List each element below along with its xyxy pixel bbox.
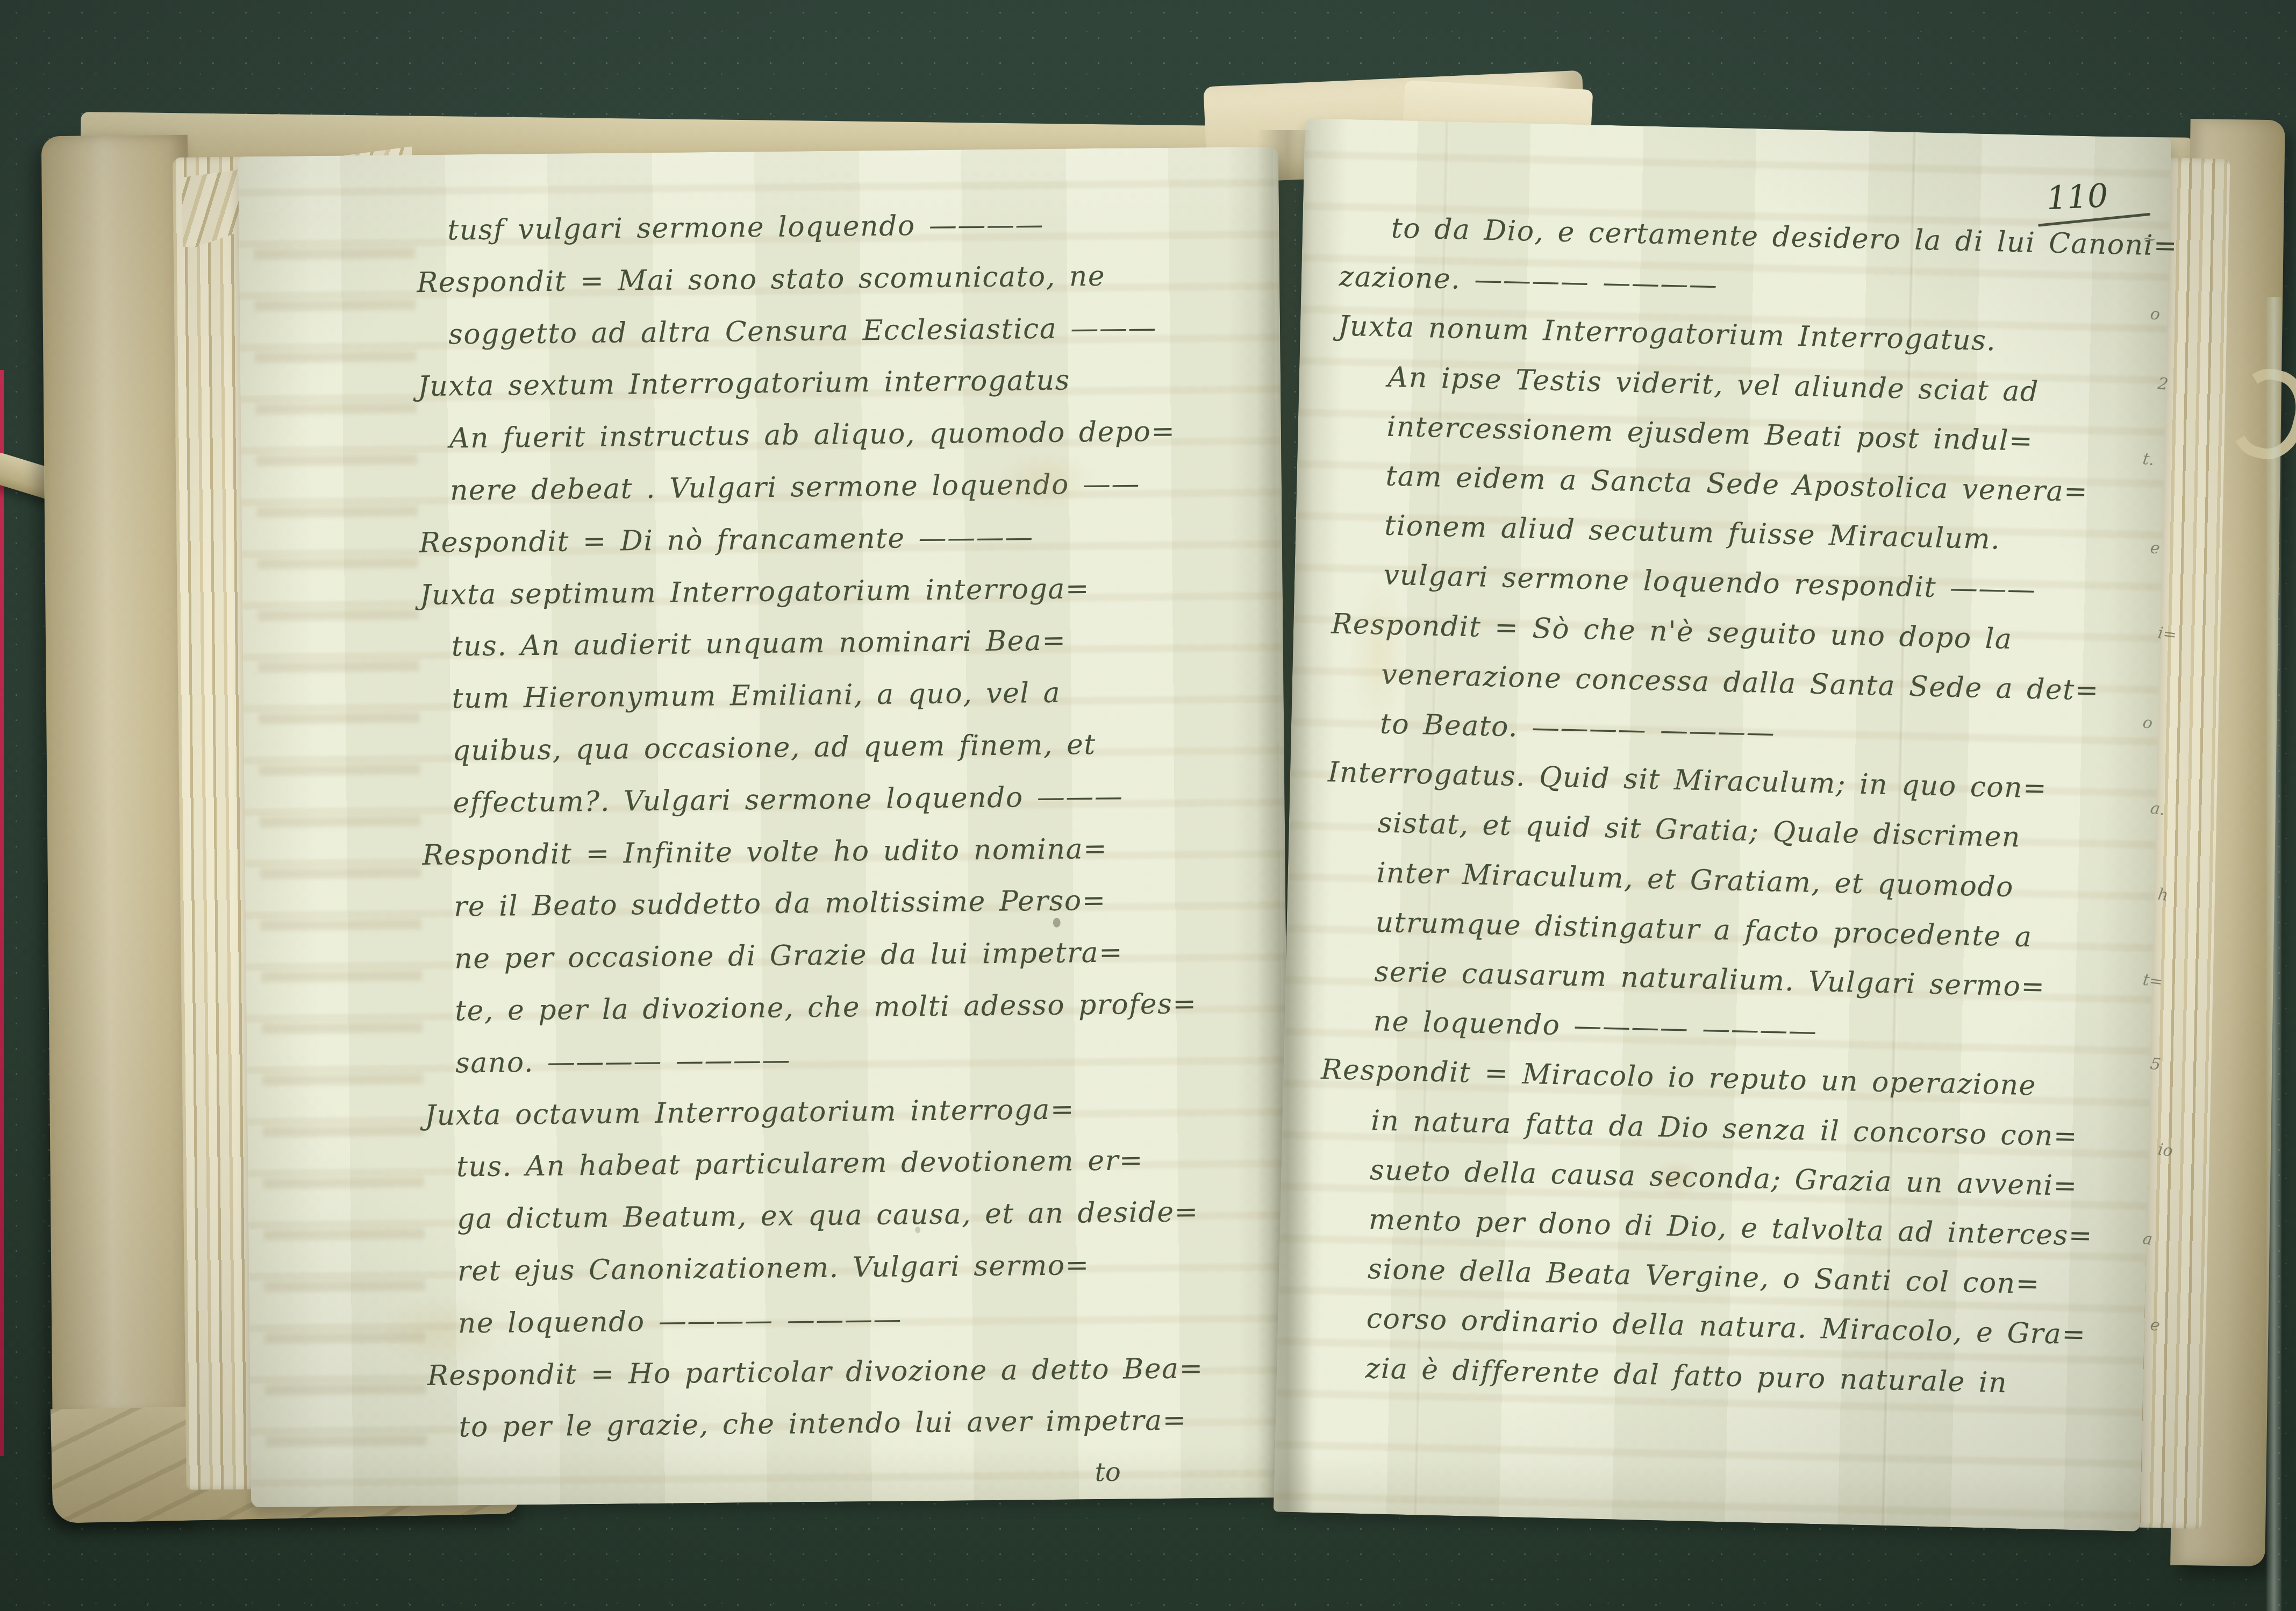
fore-edge-mark: i= [2157, 625, 2178, 644]
manuscript-line: in natura fatta da Dio senza il concorso… [1371, 1105, 2078, 1153]
manuscript-line: ga dictum Beatum, ex qua causa, et an de… [457, 1196, 1199, 1236]
manuscript-line: ne per occasione di Grazie da lui impetr… [454, 937, 1123, 976]
manuscript-line: soggetto ad altra Censura Ecclesiastica … [448, 312, 1157, 351]
fore-edge-mark: ~ [2142, 230, 2157, 248]
manuscript-line: Respondit = Sò che n'è seguito uno dopo … [1331, 608, 2013, 656]
manuscript-line: vulgari sermone loquendo respondit ——— [1383, 560, 2036, 607]
manuscript-line: zazione. ———— ———— [1339, 261, 1718, 302]
manuscript-line: venerazione concessa dalla Santa Sede a … [1381, 659, 2099, 708]
manuscript-line: mento per dono di Dio, e talvolta ad int… [1368, 1204, 2093, 1252]
manuscript-line: Juxta nonum Interrogatorium Interrogatus… [1337, 311, 1997, 358]
manuscript-line: Juxta octavum Interrogatorium interroga= [425, 1094, 1075, 1132]
manuscript-line: to per le grazie, che intendo lui aver i… [459, 1405, 1187, 1444]
manuscript-line: ne loquendo ———— ———— [458, 1304, 902, 1341]
catchword: to [1095, 1459, 1121, 1485]
manuscript-line: sione della Beata Vergine, o Santi col c… [1367, 1253, 2040, 1301]
manuscript-line: Respondit = Infinite volte ho udito nomi… [422, 833, 1107, 872]
fore-edge-mark: h [2157, 887, 2169, 904]
manuscript-line: Juxta septimum Interrogatorium interroga… [420, 573, 1090, 612]
ink-blot [1053, 918, 1061, 928]
manuscript-line: Respondit = Ho particolar divozione a de… [427, 1353, 1203, 1393]
manuscript-line: tam eidem a Sancta Sede Apostolica vener… [1385, 461, 2088, 509]
manuscript-line: Respondit = Miracolo io reputo un operaz… [1321, 1054, 2037, 1102]
manuscript-line: zia è differente dal fatto puro naturale… [1365, 1353, 2008, 1400]
manuscript-line: tusƒ vulgari sermone loquendo ———— [447, 209, 1044, 247]
manuscript-photo: tusƒ vulgari sermone loquendo ————Respon… [0, 0, 2296, 1611]
fore-edge-mark: a. [2149, 800, 2166, 818]
manuscript-line: sano. ———— ———— [455, 1045, 791, 1080]
manuscript-line: An ipse Testis viderit, vel aliunde scia… [1387, 362, 2039, 409]
manuscript-line: Respondit = Di nò francamente ———— [419, 522, 1034, 560]
manuscript-line: tus. An habeat particularem devotionem e… [456, 1145, 1143, 1184]
fore-edge-mark: io [2157, 1142, 2174, 1160]
left-page: tusƒ vulgari sermone loquendo ————Respon… [238, 147, 1291, 1507]
manuscript-line: utrumque distingatur a facto procedente … [1375, 907, 2033, 954]
manuscript-line: tus. An audierit unquam nominari Bea= [451, 625, 1066, 664]
manuscript-line: Respondit = Mai sono stato scomunicato, … [417, 261, 1105, 300]
manuscript-line: sistat, et quid sit Gratia; Quale discri… [1377, 807, 2021, 854]
manuscript-line: nere debeat . Vulgari sermone loquendo —… [450, 468, 1141, 507]
manuscript-line: effectum?. Vulgari sermone loquendo ——— [453, 781, 1123, 820]
bleedthrough-rows [238, 147, 1291, 1507]
manuscript-line: serie causarum naturalium. Vulgari sermo… [1374, 956, 2045, 1003]
bleedthrough-margin-column [254, 219, 427, 1458]
page-number: 110 [2045, 180, 2108, 215]
glass-edge-strip [2266, 297, 2281, 1611]
manuscript-line: An fuerit instructus ab aliquo, quomodo … [449, 416, 1176, 455]
red-edge-strip [0, 370, 4, 1456]
right-page: to da Dio, e certamente desidero la di l… [1274, 118, 2171, 1531]
manuscript-line: ret ejus Canonizationem. Vulgari sermo= [457, 1250, 1090, 1288]
manuscript-line: tum Hieronymum Emiliani, a quo, vel a [452, 678, 1061, 716]
manuscript-line: Interrogatus. Quid sit Miraculum; in quo… [1327, 757, 2048, 805]
manuscript-line: sueto della causa seconda; Grazia un avv… [1370, 1154, 2078, 1203]
fore-edge-mark: t. [2142, 451, 2156, 469]
fore-edge-mark: t= [2142, 972, 2164, 991]
manuscript-line: quibus, qua occasione, ad quem finem, et [452, 729, 1096, 767]
manuscript-line: Juxta sextum Interrogatorium interrogatu… [418, 365, 1070, 403]
manuscript-line: te, e per la divozione, che molti adesso… [455, 988, 1197, 1028]
manuscript-line: corso ordinario della natura. Miracolo, … [1366, 1303, 2086, 1351]
manuscript-line: to da Dio, e certamente desidero la di l… [1391, 213, 2178, 263]
manuscript-line: to Beato. ———— ———— [1379, 709, 1775, 750]
manuscript-line: intercessionem ejusdem Beati post indul= [1386, 411, 2034, 458]
manuscript-line: inter Miraculum, et Gratiam, et quomodo [1376, 857, 2014, 904]
manuscript-line: tionem aliud secutum fuisse Miraculum. [1384, 510, 2001, 557]
manuscript-line: ne loquendo ———— ———— [1373, 1006, 1818, 1048]
manuscript-line: re il Beato suddetto da moltissime Perso… [454, 885, 1106, 923]
